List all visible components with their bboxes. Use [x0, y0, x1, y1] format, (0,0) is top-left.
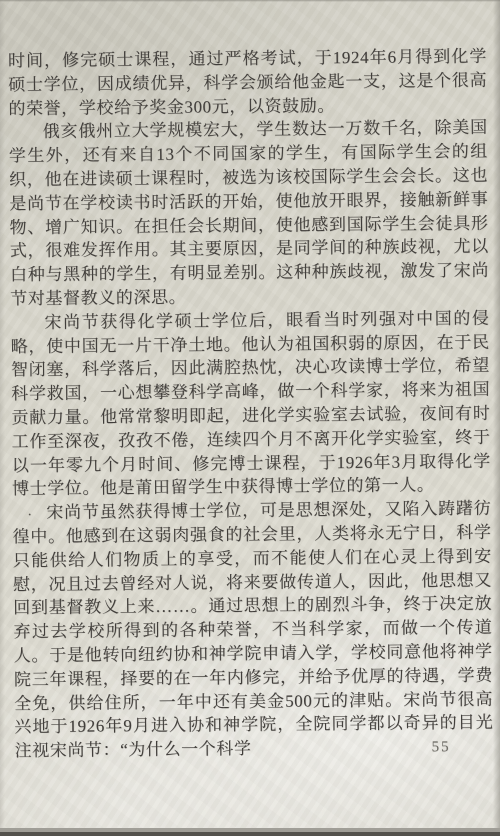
paragraph-4: 宋尚节虽然获得博士学位，可是思想深处，又陷入踌躇彷徨中。他感到在这弱肉强食的社会…	[12, 497, 493, 763]
photo-edge-bottom-dark	[0, 832, 500, 836]
page-tilt-wrapper: 时间，修完硕士课程，通过严格考试，于1924年6月得到化学硕士学位，因成绩优异，…	[0, 0, 500, 836]
margin-dot-mark: ·	[27, 504, 32, 528]
paragraph-3: 宋尚节获得化学硕士学位后，眼看当时列强对中国的侵略，使中国无一片干净土地。他认为…	[10, 306, 491, 501]
page-number: 55	[431, 736, 450, 760]
book-page-photo: 时间，修完硕士课程，通过严格考试，于1924年6月得到化学硕士学位，因成绩优异，…	[0, 0, 500, 836]
page-text-block: 时间，修完硕士课程，通过严格考试，于1924年6月得到化学硕士学位，因成绩优异，…	[8, 45, 494, 763]
paragraph-1-continued: 时间，修完硕士课程，通过严格考试，于1924年6月得到化学硕士学位，因成绩优异，…	[8, 45, 488, 121]
paragraph-2: 俄亥俄州立大学规模宏大，学生数达一万数千名，除美国学生外，还有来自13个不同国家…	[9, 116, 490, 311]
